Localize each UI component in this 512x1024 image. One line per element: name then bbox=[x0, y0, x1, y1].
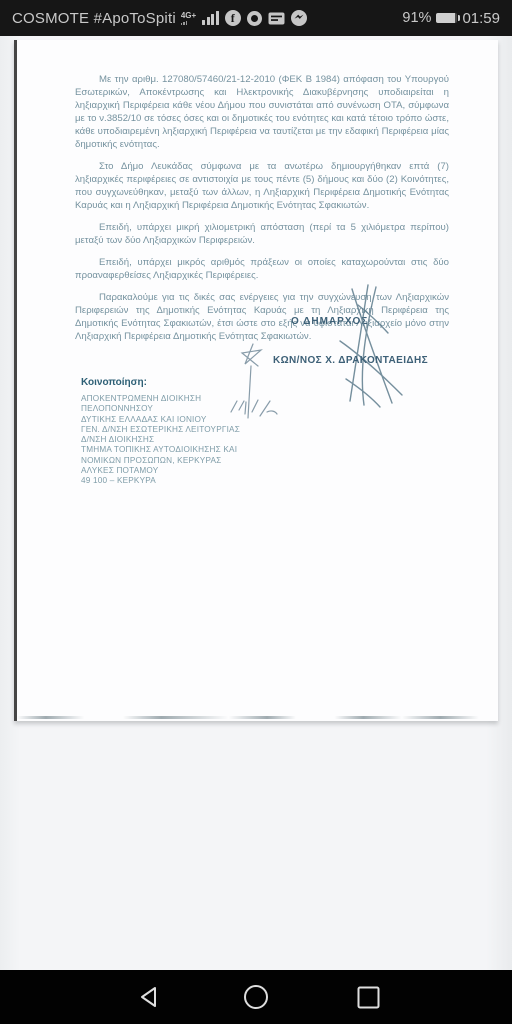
document-viewer[interactable]: Με την αριθμ. 127080/57460/21-12-2010 (Φ… bbox=[0, 36, 512, 970]
back-icon bbox=[140, 986, 157, 1008]
signature-scribble bbox=[316, 283, 411, 413]
carrier-label: COSMOTE #ApoToSpiti bbox=[12, 10, 176, 27]
cc-line: ΓΕΝ. Δ/ΝΣΗ ΕΣΩΤΕΡΙΚΗΣ ΛΕΙΤΟΥΡΓΙΑΣ bbox=[81, 425, 240, 435]
home-icon bbox=[243, 984, 269, 1010]
cc-line: ΔΥΤΙΚΗΣ ΕΛΛΑΔΑΣ ΚΑΙ ΙΟΝΙΟΥ bbox=[81, 415, 240, 425]
back-button[interactable] bbox=[124, 970, 172, 1024]
cc-line: ΝΟΜΙΚΩΝ ΠΡΟΣΩΠΩΝ, ΚΕΡΚΥΡΑΣ bbox=[81, 456, 240, 466]
cc-line: ΑΠΟΚΕΝΤΡΩΜΕΝΗ ΔΙΟΙΚΗΣΗ bbox=[81, 394, 240, 404]
battery-icon bbox=[436, 13, 457, 24]
signal-bars-icon bbox=[202, 11, 219, 25]
cc-line: Δ/ΝΣΗ ΔΙΟΙΚΗΣΗΣ bbox=[81, 435, 240, 445]
signer-name: ΚΩΝ/ΝΟΣ Χ. ΔΡΑΚΟΝΤΑΕΙΔΗΣ bbox=[273, 355, 428, 366]
network-badge-label: 4G+ bbox=[181, 12, 196, 20]
status-bar: COSMOTE #ApoToSpiti 4G+ bbox=[0, 0, 512, 36]
network-type-indicator: 4G+ bbox=[181, 12, 196, 25]
cc-line: ΤΜΗΜΑ ΤΟΠΙΚΗΣ ΑΥΤΟΔΙΟΙΚΗΣΗΣ ΚΑΙ bbox=[81, 445, 240, 455]
cc-line: 49 100 – ΚΕΡΚΥΡΑ bbox=[81, 476, 240, 486]
cc-line: ΠΕΛΟΠΟΝΝΗΣΟΥ bbox=[81, 404, 240, 414]
status-icons: 4G+ bbox=[181, 10, 307, 26]
phone-screen: COSMOTE #ApoToSpiti 4G+ bbox=[0, 0, 512, 1024]
document-paragraph: Στο Δήμο Λευκάδας σύμφωνα με τα ανωτέρω … bbox=[75, 160, 449, 212]
chrome-icon bbox=[247, 11, 262, 26]
document-page[interactable]: Με την αριθμ. 127080/57460/21-12-2010 (Φ… bbox=[14, 40, 498, 721]
home-button[interactable] bbox=[232, 970, 280, 1024]
facebook-icon bbox=[225, 10, 241, 26]
cc-section: Κοινοποίηση: ΑΠΟΚΕΝΤΡΩΜΕΝΗ ΔΙΟΙΚΗΣΗ ΠΕΛΟ… bbox=[81, 377, 240, 487]
recents-icon bbox=[357, 986, 380, 1009]
recents-button[interactable] bbox=[344, 970, 392, 1024]
cc-title: Κοινοποίηση: bbox=[81, 377, 240, 388]
document-paragraph: Επειδή, υπάρχει μικρός αριθμός πράξεων ο… bbox=[75, 256, 449, 282]
clock-label: 01:59 bbox=[462, 10, 500, 27]
battery-percent-label: 91% bbox=[402, 10, 431, 26]
messenger-icon bbox=[291, 10, 307, 26]
android-nav-bar bbox=[0, 970, 512, 1024]
document-paragraph: Με την αριθμ. 127080/57460/21-12-2010 (Φ… bbox=[75, 73, 449, 151]
page-bottom-smudge bbox=[17, 716, 498, 719]
cc-line: ΑΛΥΚΕΣ ΠΟΤΑΜΟΥ bbox=[81, 466, 240, 476]
document-paragraph: Επειδή, υπάρχει μικρή χιλιομετρική απόστ… bbox=[75, 221, 449, 247]
status-right-cluster: 91% 01:59 bbox=[402, 10, 500, 27]
sim2-signal-icon bbox=[181, 21, 188, 25]
gallery-icon bbox=[268, 12, 285, 25]
